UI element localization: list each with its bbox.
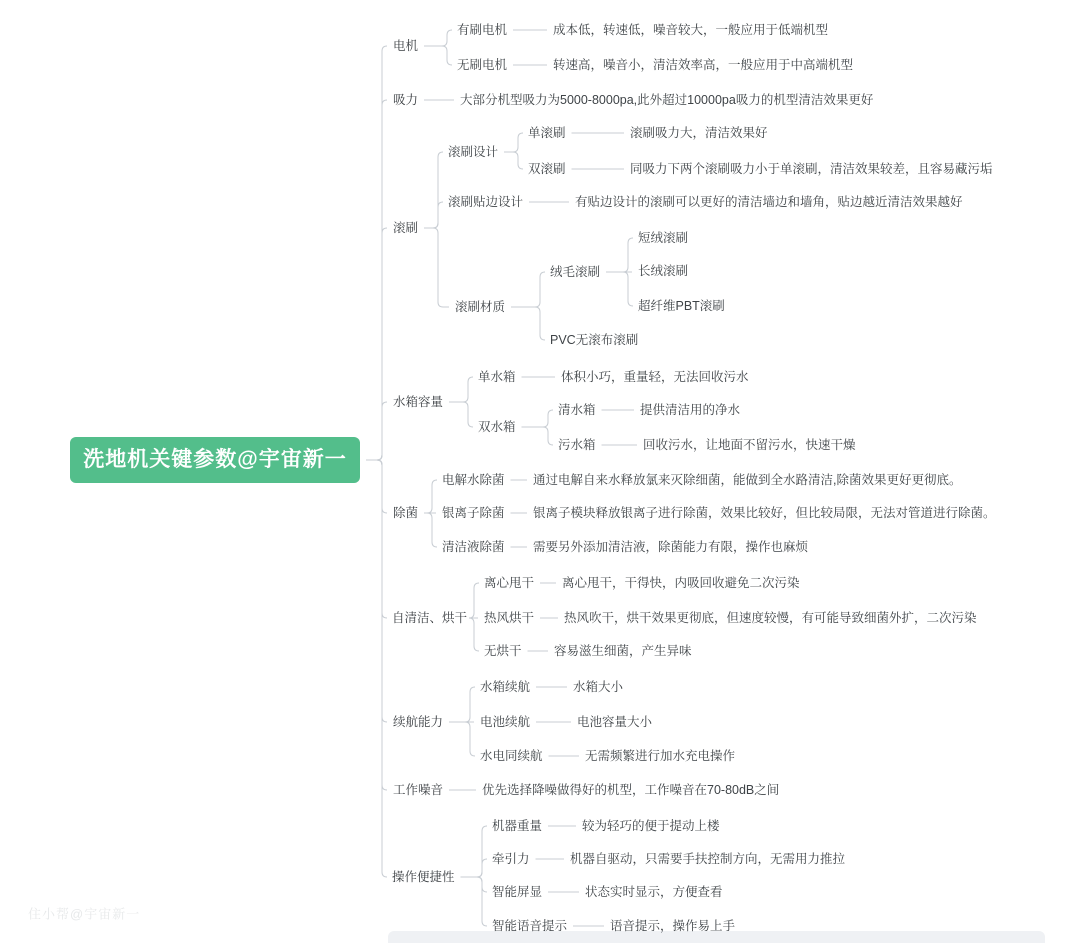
desc-single-roller[interactable]: 滚刷吸力大，清洁效果好 [630, 124, 768, 142]
node-short-fluff-roller[interactable]: 短绒滚刷 [638, 229, 688, 247]
desc-double-roller[interactable]: 同吸力下两个滚刷吸力小于单滚刷，清洁效果较差，且容易藏污垢 [630, 160, 993, 178]
node-electrolyzed-water[interactable]: 电解水除菌 [442, 471, 505, 489]
desc-traction[interactable]: 机器自驱动，只需要手扶控制方向，无需用力推拉 [570, 850, 845, 868]
node-battery-endurance[interactable]: 电池续航 [480, 713, 530, 731]
node-traction[interactable]: 牵引力 [492, 850, 530, 868]
desc-smart-display[interactable]: 状态实时显示，方便查看 [585, 883, 723, 901]
node-cleaning-solution[interactable]: 清洁液除菌 [442, 538, 505, 556]
branch-sterilization[interactable]: 除菌 [393, 504, 418, 522]
desc-edge-design[interactable]: 有贴边设计的滚刷可以更好的清洁墙边和墙角，贴边越近清洁效果越好 [575, 193, 963, 211]
desc-cleaning-solution[interactable]: 需要另外添加清洁液，除菌能力有限，操作也麻烦 [533, 538, 808, 556]
branch-suction[interactable]: 吸力 [393, 91, 418, 109]
node-machine-weight[interactable]: 机器重量 [492, 817, 542, 835]
root-topic[interactable]: 洗地机关键参数@宇宙新一 [70, 437, 360, 483]
desc-noise[interactable]: 优先选择降噪做得好的机型，工作噪音在70-80dB之间 [482, 781, 779, 799]
desc-voice-prompt[interactable]: 语音提示，操作易上手 [610, 917, 735, 935]
node-silver-ion[interactable]: 银离子除菌 [442, 504, 505, 522]
branch-tank-capacity[interactable]: 水箱容量 [393, 393, 443, 411]
node-smart-display[interactable]: 智能屏显 [492, 883, 542, 901]
node-brushed-motor[interactable]: 有刷电机 [457, 21, 507, 39]
node-hot-air-dry[interactable]: 热风烘干 [484, 609, 534, 627]
node-no-dry[interactable]: 无烘干 [484, 642, 522, 660]
node-double-tank[interactable]: 双水箱 [478, 418, 516, 436]
desc-single-tank[interactable]: 体积小巧，重量轻，无法回收污水 [561, 368, 749, 386]
node-edge-design[interactable]: 滚刷贴边设计 [448, 193, 523, 211]
node-tank-endurance[interactable]: 水箱续航 [480, 678, 530, 696]
node-brushless-motor[interactable]: 无刷电机 [457, 56, 507, 74]
node-pvc-roller[interactable]: PVC无滚布滚刷 [550, 331, 638, 349]
desc-hot-air-dry[interactable]: 热风吹干，烘干效果更彻底，但速度较慢，有可能导致细菌外扩，二次污染 [564, 609, 977, 627]
desc-silver-ion[interactable]: 银离子模块释放银离子进行除菌，效果比较好，但比较局限，无法对管道进行除菌。 [533, 504, 996, 522]
desc-dirty-water-tank[interactable]: 回收污水，让地面不留污水，快速干燥 [643, 436, 856, 454]
node-roller-design[interactable]: 滚刷设计 [448, 143, 498, 161]
watermark: 住小帮@宇宙新一 [28, 904, 140, 923]
node-clean-water-tank[interactable]: 清水箱 [558, 401, 596, 419]
branch-motor[interactable]: 电机 [393, 37, 418, 55]
node-pbt-roller[interactable]: 超纤维PBT滚刷 [638, 297, 725, 315]
node-spin-dry[interactable]: 离心甩干 [484, 574, 534, 592]
branch-roller-brush[interactable]: 滚刷 [393, 219, 418, 237]
desc-brushless-motor[interactable]: 转速高，噪音小，清洁效率高，一般应用于中高端机型 [553, 56, 853, 74]
node-fluff-roller[interactable]: 绒毛滚刷 [550, 263, 600, 281]
desc-electrolyzed-water[interactable]: 通过电解自来水释放氯来灭除细菌，能做到全水路清洁,除菌效果更好更彻底。 [533, 471, 961, 489]
node-voice-prompt[interactable]: 智能语音提示 [492, 917, 567, 935]
desc-battery-endurance[interactable]: 电池容量大小 [577, 713, 652, 731]
node-single-tank[interactable]: 单水箱 [478, 368, 516, 386]
node-water-battery-sync[interactable]: 水电同续航 [480, 747, 543, 765]
desc-brushed-motor[interactable]: 成本低，转速低，噪音较大，一般应用于低端机型 [553, 21, 828, 39]
branch-endurance[interactable]: 续航能力 [393, 713, 443, 731]
desc-spin-dry[interactable]: 离心甩干，干得快，内吸回收避免二次污染 [562, 574, 800, 592]
mindmap-canvas: 住小帮@宇宙新一 洗地机关键参数@宇宙新一 电机 有刷电机 成本低，转速低，噪音… [0, 0, 1080, 943]
node-double-roller[interactable]: 双滚刷 [528, 160, 566, 178]
desc-tank-endurance[interactable]: 水箱大小 [573, 678, 623, 696]
desc-no-dry[interactable]: 容易滋生细菌，产生异味 [554, 642, 692, 660]
desc-machine-weight[interactable]: 较为轻巧的便于提动上楼 [582, 817, 720, 835]
branch-noise[interactable]: 工作噪音 [393, 781, 443, 799]
desc-water-battery-sync[interactable]: 无需频繁进行加水充电操作 [585, 747, 735, 765]
desc-suction[interactable]: 大部分机型吸力为5000-8000pa,此外超过10000pa吸力的机型清洁效果… [460, 91, 873, 109]
node-roller-material[interactable]: 滚刷材质 [455, 298, 505, 316]
node-dirty-water-tank[interactable]: 污水箱 [558, 436, 596, 454]
node-single-roller[interactable]: 单滚刷 [528, 124, 566, 142]
node-long-fluff-roller[interactable]: 长绒滚刷 [638, 262, 688, 280]
branch-self-clean-dry[interactable]: 自清洁、烘干 [392, 609, 467, 627]
desc-clean-water-tank[interactable]: 提供清洁用的净水 [640, 401, 740, 419]
branch-convenience[interactable]: 操作便捷性 [392, 868, 455, 886]
